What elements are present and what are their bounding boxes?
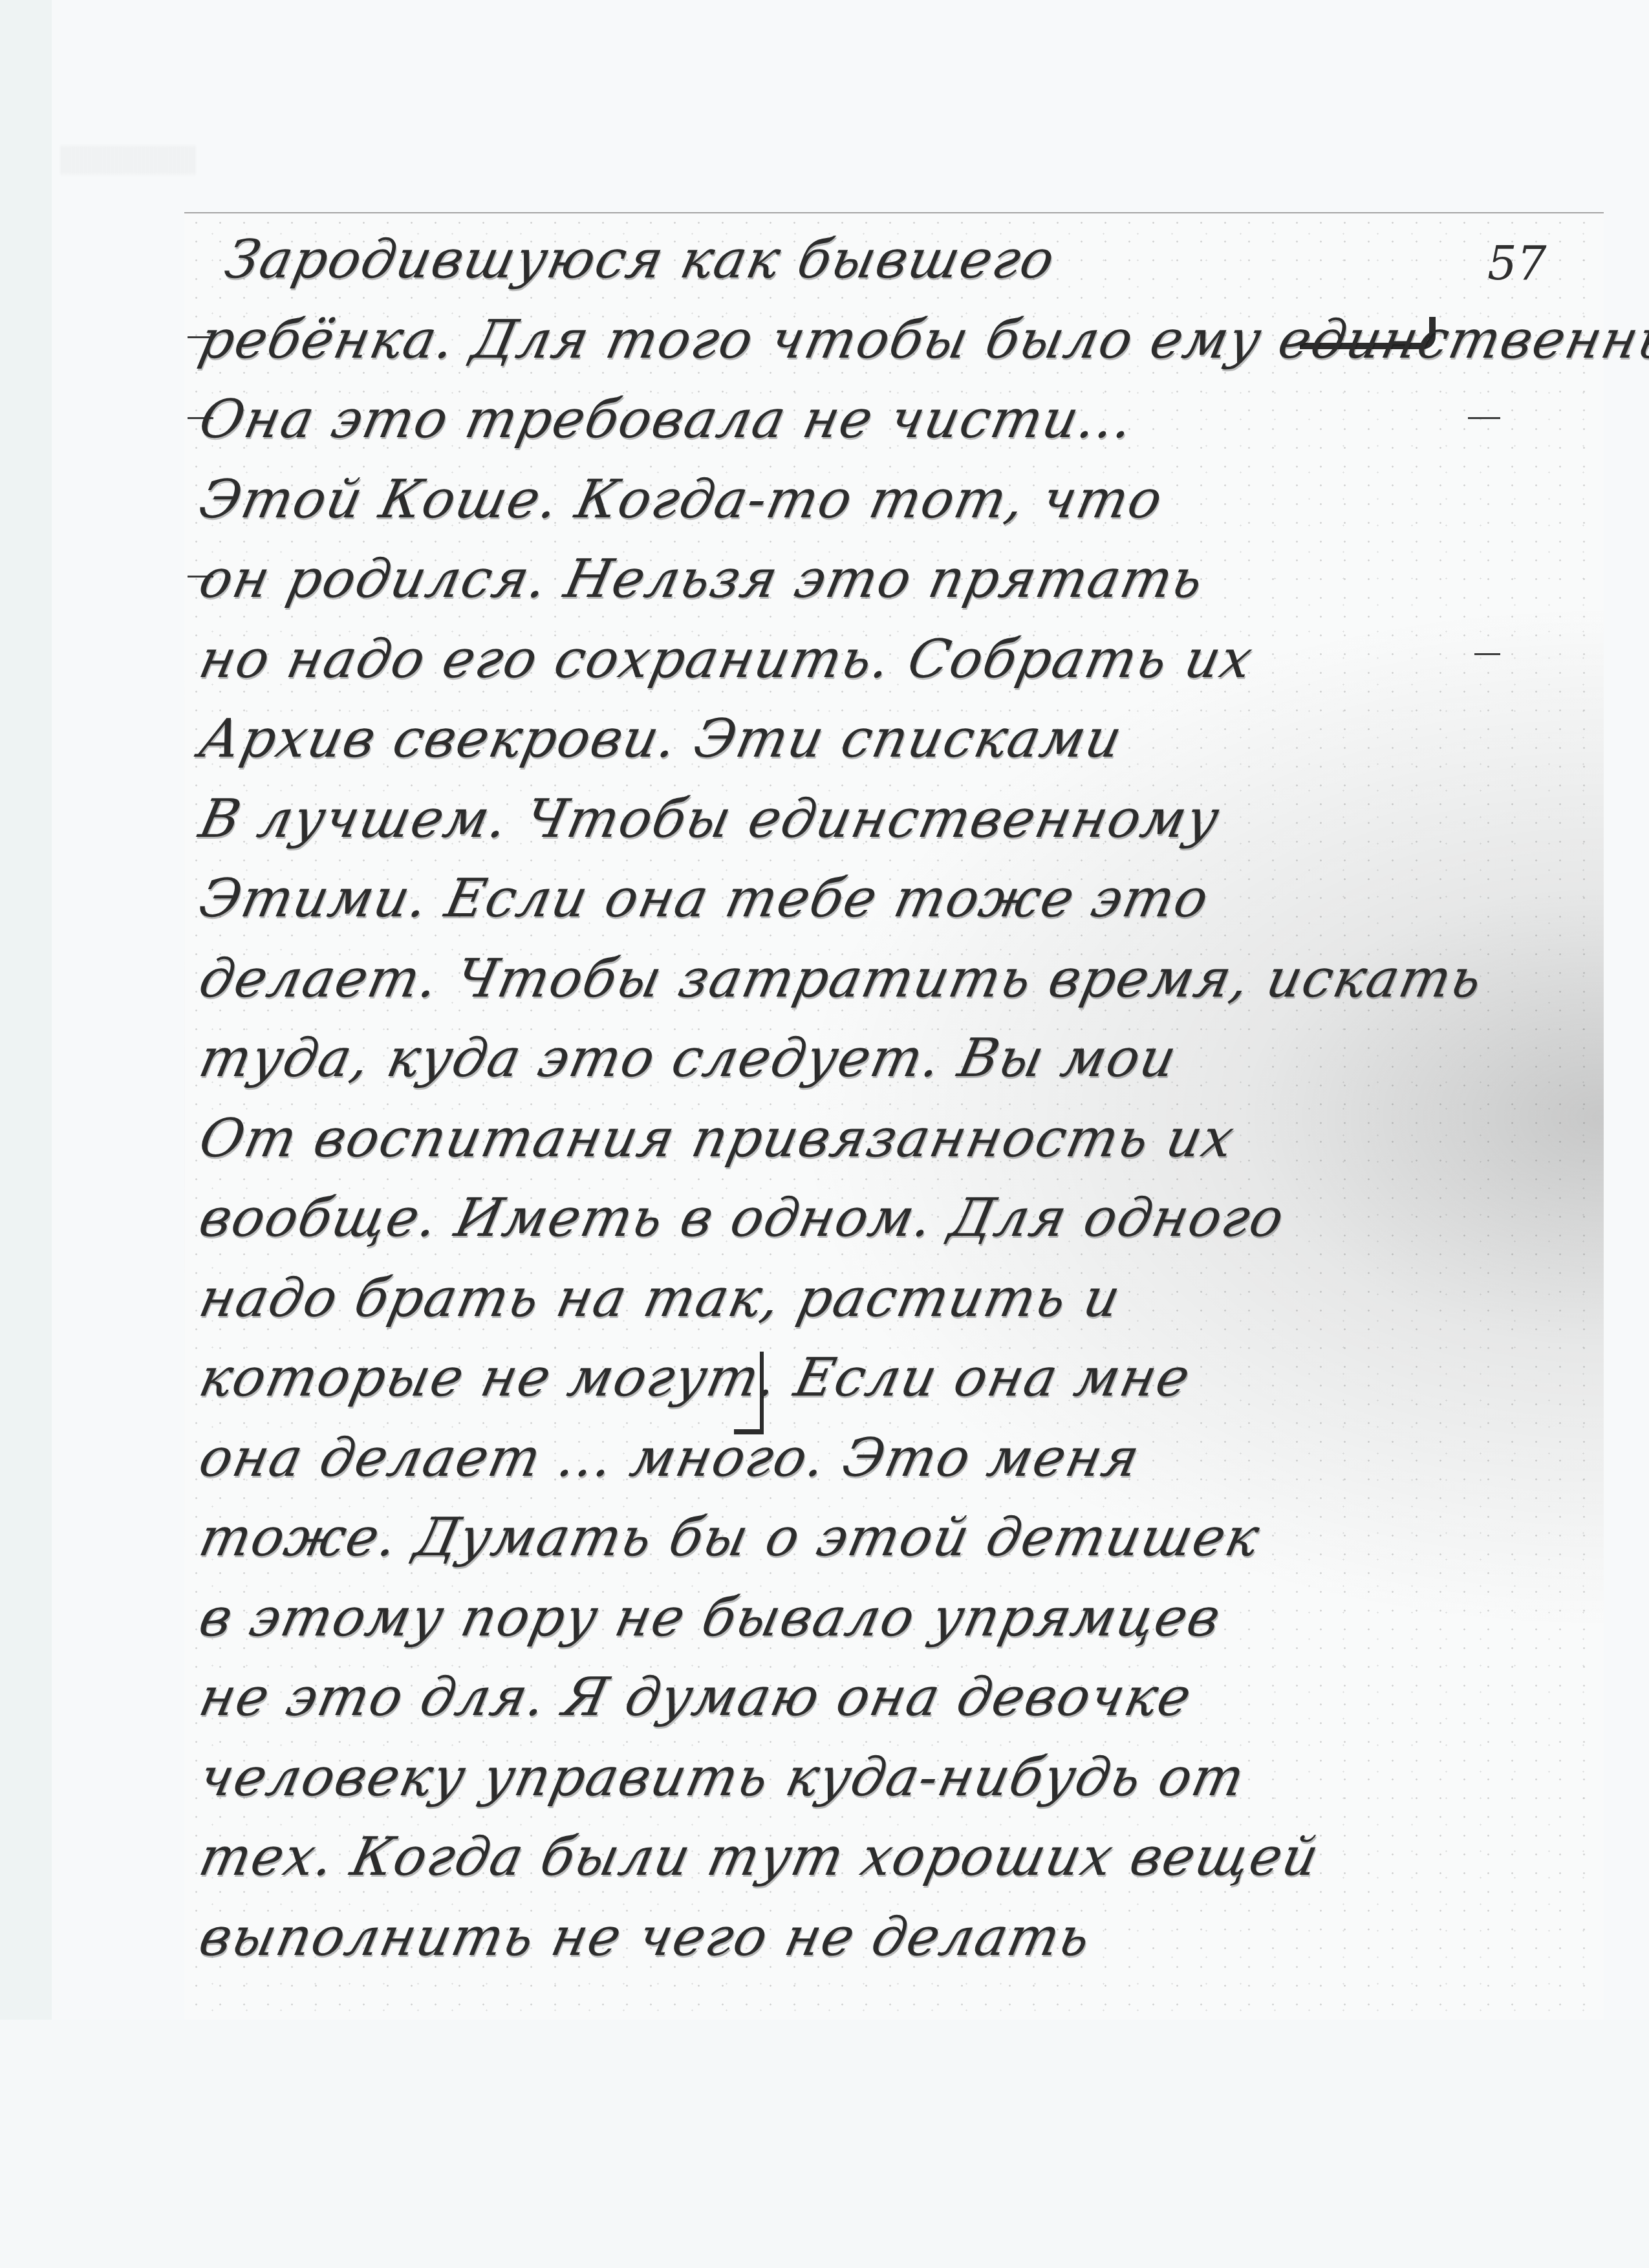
text-line: выполнить не чего не делать	[192, 1897, 1554, 1978]
text-line: вообще. Иметь в одном. Для одного	[192, 1178, 1554, 1258]
text-line: Зародившуюся как бывшего	[192, 220, 1554, 300]
text-line: туда, куда это следует. Вы мои	[192, 1019, 1554, 1099]
text-line: В лучшем. Чтобы единственному	[192, 779, 1554, 859]
text-line: ребёнка. Для того чтобы было ему единств…	[192, 300, 1554, 380]
text-line: которые не могут. Если она мне	[192, 1338, 1554, 1418]
text-line: не это для. Я думаю она девочке	[192, 1658, 1554, 1738]
text-line: делает. Чтобы затратить время, искать	[192, 939, 1554, 1019]
handwritten-text-block: Зародившуюся как бывшего ребёнка. Для то…	[200, 220, 1546, 1977]
text-line: человеку управить куда-нибудь от	[192, 1738, 1554, 1818]
scanned-page: 57 Зародившуюся как бывшего ребёнка. Для…	[0, 0, 1649, 2268]
text-line: тоже. Думать бы о этой детишек	[192, 1498, 1554, 1578]
text-line: надо брать на так, растить и	[192, 1258, 1554, 1339]
text-line: Архив свекрови. Эти списками	[192, 699, 1554, 779]
text-line: Она это требовала не чисти...	[192, 380, 1554, 460]
toner-smudge	[61, 146, 197, 175]
text-line: Этой Коше. Когда-то тот, что	[192, 460, 1554, 540]
text-line: в этому пору не бывало упрямцев	[192, 1578, 1554, 1658]
text-line: но надо его сохранить. Собрать их	[192, 620, 1554, 700]
text-line: Этими. Если она тебе тоже это	[192, 859, 1554, 939]
text-line: она делает ... много. Это меня	[192, 1418, 1554, 1498]
blank-bottom-margin	[0, 2020, 1649, 2268]
text-line: От воспитания привязанность их	[192, 1099, 1554, 1179]
text-line: тех. Когда были тут хороших вещей	[192, 1817, 1554, 1897]
text-line: он родился. Нельзя это прятать	[192, 539, 1554, 620]
scan-edge-strip	[0, 0, 52, 2268]
